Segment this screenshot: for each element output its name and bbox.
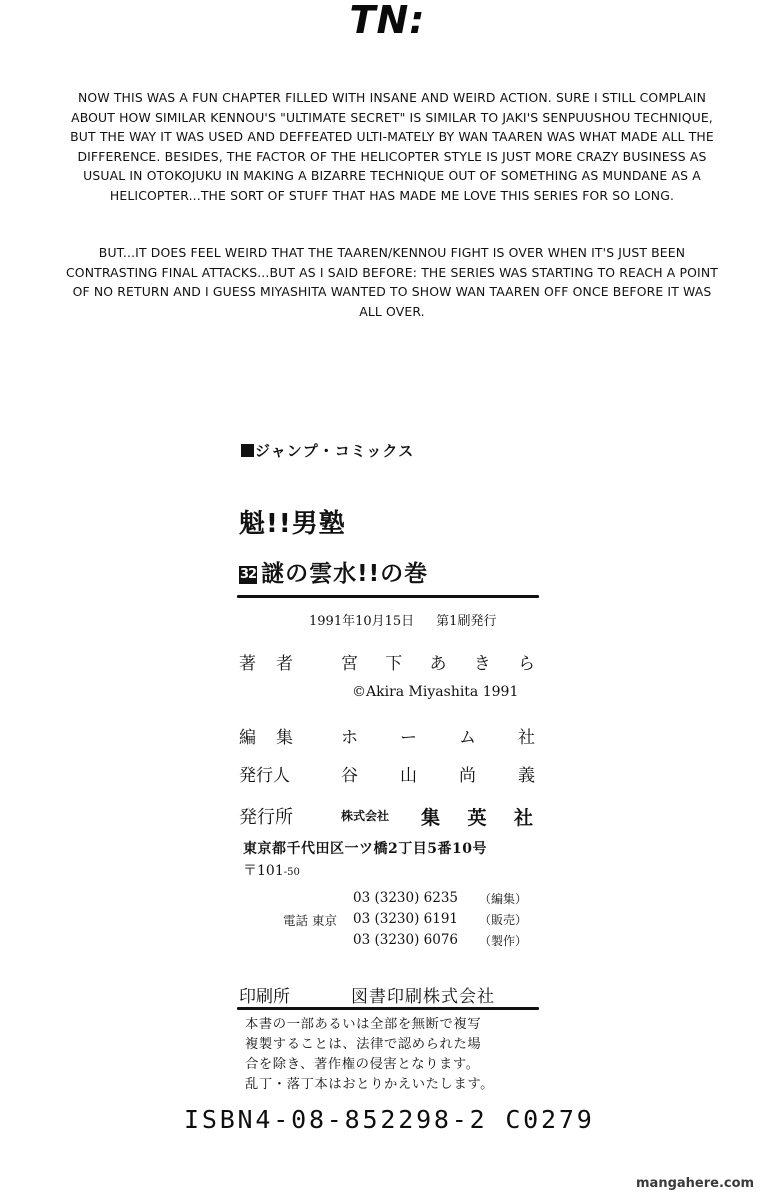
- notice-line: 複製することは、法律で認められた場: [245, 1035, 539, 1055]
- company-type: 株式会社: [341, 807, 389, 824]
- volume-number-badge: 32: [239, 566, 257, 584]
- name-char: 義: [518, 761, 535, 786]
- editor-label: 編 集: [239, 723, 293, 748]
- publication-date-line: 1991年10月15日第1刷発行: [309, 610, 496, 629]
- name-char: 尚: [459, 761, 476, 786]
- black-square-icon: [241, 444, 254, 457]
- volume-title: 32謎の雲水!!の巻: [239, 555, 428, 588]
- postal-code: 〒101-50: [243, 860, 300, 880]
- name-char: ホ: [341, 723, 358, 748]
- name-char: 社: [514, 803, 533, 830]
- publisher-address: 東京都千代田区一ツ橋2丁目5番10号: [243, 838, 487, 858]
- isbn-code: ISBN4-08-852298-2 C0279: [184, 1105, 595, 1134]
- name-char: ら: [518, 649, 535, 674]
- publisher-name: 集 英 社: [421, 803, 533, 830]
- translator-note-paragraph: Now this was a fun chapter filled with i…: [62, 88, 722, 205]
- phone-number: 03 (3230) 6235: [353, 890, 458, 906]
- label-char: 集: [276, 723, 293, 748]
- author-name: 宮 下 あ き ら: [341, 649, 535, 674]
- name-char: 集: [421, 803, 440, 830]
- phone-label: 電話 東京: [283, 911, 337, 929]
- author-label: 著 者: [239, 649, 293, 674]
- divider-rule: [237, 595, 539, 598]
- postal-code-sub: -50: [284, 867, 300, 878]
- edition: 第1刷発行: [436, 614, 496, 629]
- phone-number: 03 (3230) 6191: [353, 911, 458, 927]
- postal-code-main: 〒101: [243, 863, 284, 879]
- name-char: 社: [518, 723, 535, 748]
- label-char: 著: [239, 649, 256, 674]
- editor-name: ホ ー ム 社: [341, 723, 535, 748]
- site-watermark: mangahere.com: [636, 1176, 754, 1191]
- name-char: 宮: [341, 649, 358, 674]
- copyright-notice: ©Akira Miyashita 1991: [352, 684, 518, 700]
- name-char: あ: [430, 649, 447, 674]
- divider-rule: [237, 1007, 539, 1010]
- publishing-office-label: 発行所: [239, 803, 293, 829]
- notice-line: 本書の一部あるいは全部を無断で複写: [245, 1015, 539, 1035]
- phone-department: （販売）: [479, 911, 527, 928]
- series-label: ジャンプ・コミックス: [241, 440, 414, 461]
- translator-note-title: TN:: [0, 0, 775, 40]
- name-char: 英: [467, 803, 486, 830]
- name-char: 山: [400, 761, 417, 786]
- label-char: 編: [239, 723, 256, 748]
- phone-number: 03 (3230) 6076: [353, 932, 458, 948]
- name-char: き: [474, 649, 491, 674]
- issuer-label: 発行人: [239, 761, 290, 786]
- phone-department: （編集）: [479, 890, 527, 907]
- series-label-text: ジャンプ・コミックス: [255, 442, 414, 460]
- printer-label: 印刷所: [239, 982, 290, 1007]
- translator-note-paragraph: But...it does feel weird that the Taaren…: [62, 243, 722, 321]
- main-title: 魁!!男塾: [239, 503, 346, 540]
- phone-department: （製作）: [479, 932, 527, 949]
- volume-title-text: 謎の雲水!!の巻: [261, 561, 428, 587]
- printer-name: 図書印刷株式会社: [351, 982, 495, 1007]
- name-char: 谷: [341, 761, 358, 786]
- publication-date: 1991年10月15日: [309, 614, 414, 629]
- copyright-warning: 本書の一部あるいは全部を無断で複写 複製することは、法律で認められた場 合を除き…: [245, 1015, 539, 1095]
- name-char: ー: [400, 723, 417, 748]
- notice-line: 合を除き、著作権の侵害となります。: [245, 1055, 539, 1075]
- name-char: ム: [459, 723, 476, 748]
- label-char: 者: [276, 649, 293, 674]
- notice-line: 乱丁・落丁本はおとりかえいたします。: [245, 1075, 539, 1095]
- issuer-name: 谷 山 尚 義: [341, 761, 535, 786]
- name-char: 下: [385, 649, 402, 674]
